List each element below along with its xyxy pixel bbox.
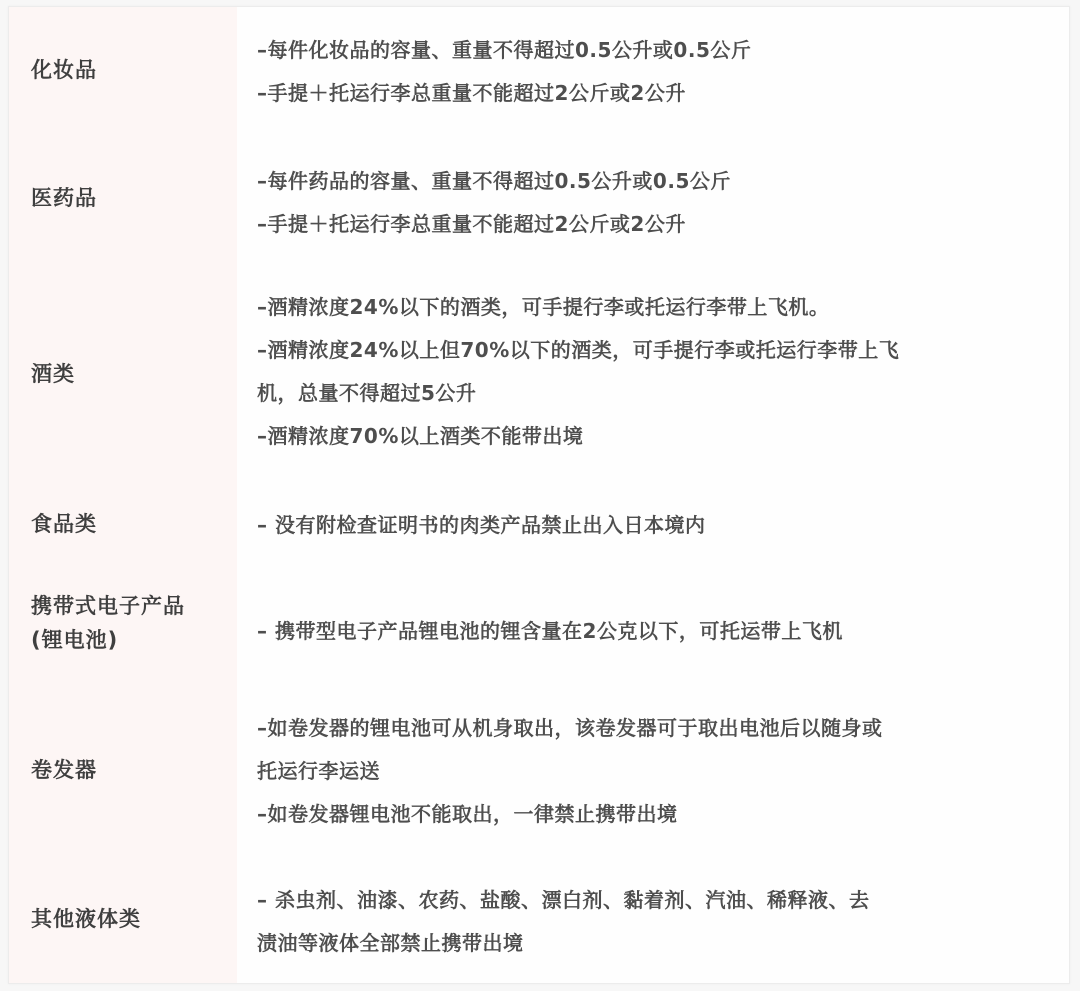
category-label: 卷发器 bbox=[31, 753, 97, 787]
description-line: –酒精浓度24%以上但70%以下的酒类，可手提行李或托运行李带上飞 bbox=[257, 329, 1057, 372]
description-line: – 携带型电子产品锂电池的锂含量在2公克以下，可托运带上飞机 bbox=[257, 610, 1057, 653]
description-line: –如卷发器锂电池不能取出，一律禁止携带出境 bbox=[257, 793, 1057, 836]
description-line: 托运行李运送 bbox=[257, 750, 1057, 793]
restrictions-table: 化妆品 –每件化妆品的容量、重量不得超过0.5公升或0.5公斤 –手提＋托运行李… bbox=[8, 6, 1070, 984]
category-label-line: 携带式电子产品 bbox=[31, 589, 185, 623]
category-label: 携带式电子产品 (锂电池) bbox=[31, 589, 185, 657]
row-description: –每件药品的容量、重量不得超过0.5公升或0.5公斤 –手提＋托运行李总重量不能… bbox=[257, 160, 1057, 246]
description-line: –如卷发器的锂电池可从机身取出，该卷发器可于取出电池后以随身或 bbox=[257, 707, 1057, 750]
row-description: –每件化妆品的容量、重量不得超过0.5公升或0.5公斤 –手提＋托运行李总重量不… bbox=[257, 29, 1057, 115]
row-description: –如卷发器的锂电池可从机身取出，该卷发器可于取出电池后以随身或 托运行李运送 –… bbox=[257, 707, 1057, 836]
category-label: 化妆品 bbox=[31, 53, 97, 87]
category-label: 其他液体类 bbox=[31, 902, 141, 936]
description-line: –手提＋托运行李总重量不能超过2公斤或2公升 bbox=[257, 72, 1057, 115]
category-label: 酒类 bbox=[31, 357, 75, 391]
description-line: –手提＋托运行李总重量不能超过2公斤或2公升 bbox=[257, 203, 1057, 246]
description-line: 机，总量不得超过5公升 bbox=[257, 372, 1057, 415]
description-line: –每件化妆品的容量、重量不得超过0.5公升或0.5公斤 bbox=[257, 29, 1057, 72]
description-line: 渍油等液体全部禁止携带出境 bbox=[257, 922, 1057, 965]
description-line: –酒精浓度70%以上酒类不能带出境 bbox=[257, 415, 1057, 458]
row-description: –酒精浓度24%以下的酒类，可手提行李或托运行李带上飞机。 –酒精浓度24%以上… bbox=[257, 286, 1057, 458]
category-column-background bbox=[9, 7, 237, 983]
category-label: 食品类 bbox=[31, 507, 97, 541]
row-description: – 杀虫剂、油漆、农药、盐酸、漂白剂、黏着剂、汽油、稀释液、去 渍油等液体全部禁… bbox=[257, 879, 1057, 965]
description-line: – 没有附检查证明书的肉类产品禁止出入日本境内 bbox=[257, 504, 1057, 547]
row-description: – 没有附检查证明书的肉类产品禁止出入日本境内 bbox=[257, 504, 1057, 547]
category-label-line: (锂电池) bbox=[31, 623, 185, 657]
row-description: – 携带型电子产品锂电池的锂含量在2公克以下，可托运带上飞机 bbox=[257, 610, 1057, 653]
category-label: 医药品 bbox=[31, 181, 97, 215]
description-line: – 杀虫剂、油漆、农药、盐酸、漂白剂、黏着剂、汽油、稀释液、去 bbox=[257, 879, 1057, 922]
description-line: –酒精浓度24%以下的酒类，可手提行李或托运行李带上飞机。 bbox=[257, 286, 1057, 329]
description-line: –每件药品的容量、重量不得超过0.5公升或0.5公斤 bbox=[257, 160, 1057, 203]
